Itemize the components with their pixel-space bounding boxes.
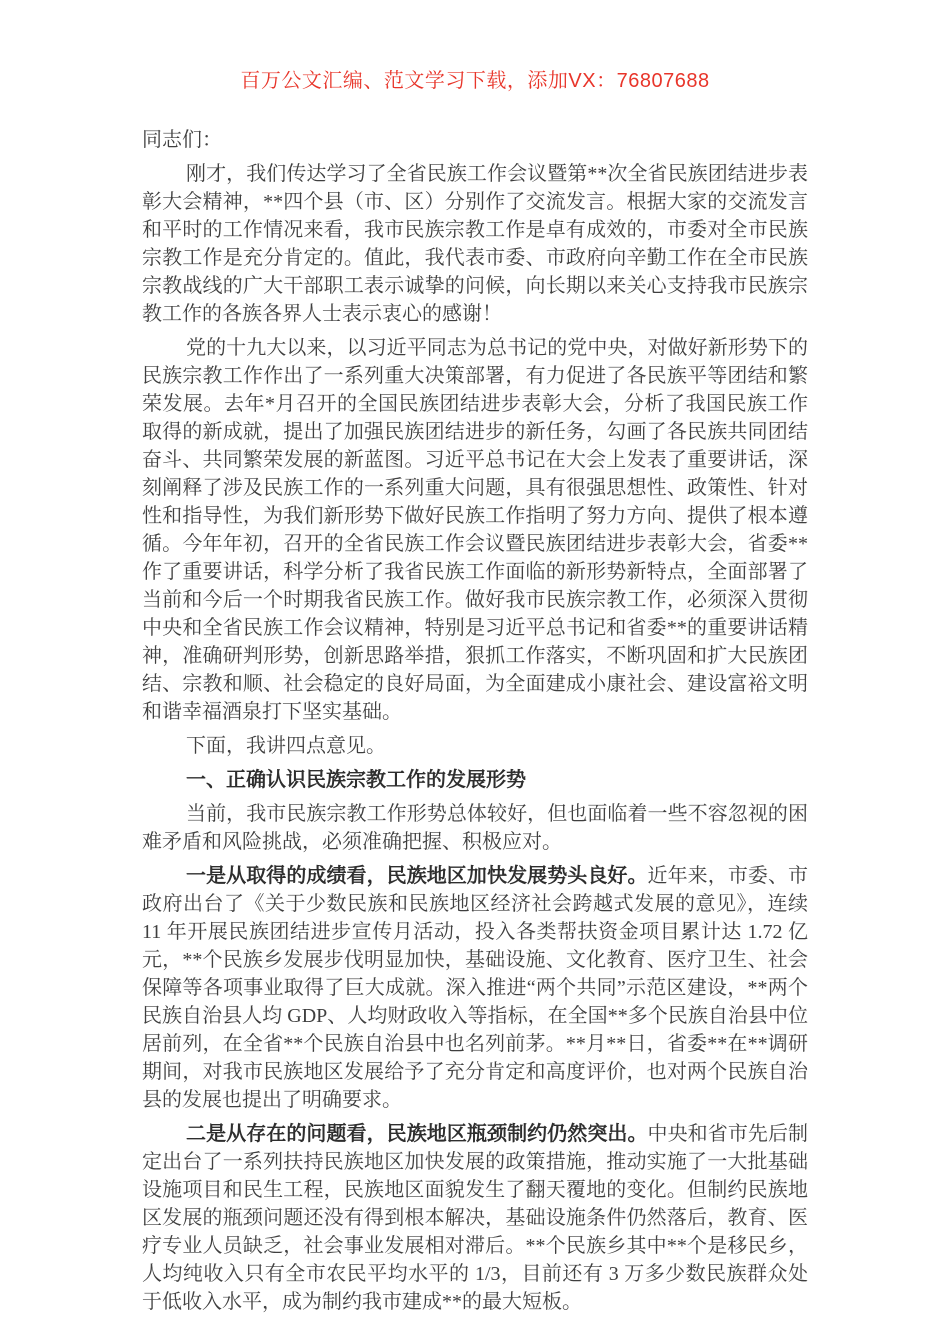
paragraph-opening: 刚才，我们传达学习了全省民族工作会议暨第**次全省民族团结进步表彰大会精神，**… xyxy=(142,160,808,328)
paragraph-transition: 下面，我讲四点意见。 xyxy=(142,732,808,760)
paragraph-point-2: 二是从存在的问题看，民族地区瓶颈制约仍然突出。中央和省市先后制定出台了一系列扶持… xyxy=(142,1120,808,1316)
section-heading: 一、正确认识民族宗教工作的发展形势 xyxy=(142,766,808,794)
point-1-body: 近年来，市委、市政府出台了《关于少数民族和民族地区经济社会跨越式发展的意见》，连… xyxy=(142,865,808,1111)
paragraph-point-1: 一是从取得的成绩看，民族地区加快发展势头良好。近年来，市委、市政府出台了《关于少… xyxy=(142,862,808,1114)
document-page: 百万公文汇编、范文学习下载，添加VX：76807688 同志们： 刚才，我们传达… xyxy=(0,0,950,1344)
point-2-body: 中央和省市先后制定出台了一系列扶持民族地区加快发展的政策措施，推动实施了一大批基… xyxy=(142,1123,808,1313)
salutation: 同志们： xyxy=(142,126,808,154)
paragraph-background: 党的十九大以来，以习近平同志为总书记的党中央，对做好新形势下的民族宗教工作作出了… xyxy=(142,334,808,726)
paragraph-section-intro: 当前，我市民族宗教工作形势总体较好，但也面临着一些不容忽视的困难矛盾和风险挑战，… xyxy=(142,800,808,856)
point-1-lead: 一是从取得的成绩看，民族地区加快发展势头良好。 xyxy=(186,865,648,887)
promo-banner: 百万公文汇编、范文学习下载，添加VX：76807688 xyxy=(0,64,950,93)
document-body: 同志们： 刚才，我们传达学习了全省民族工作会议暨第**次全省民族团结进步表彰大会… xyxy=(142,126,808,1322)
point-2-lead: 二是从存在的问题看，民族地区瓶颈制约仍然突出。 xyxy=(186,1123,648,1145)
